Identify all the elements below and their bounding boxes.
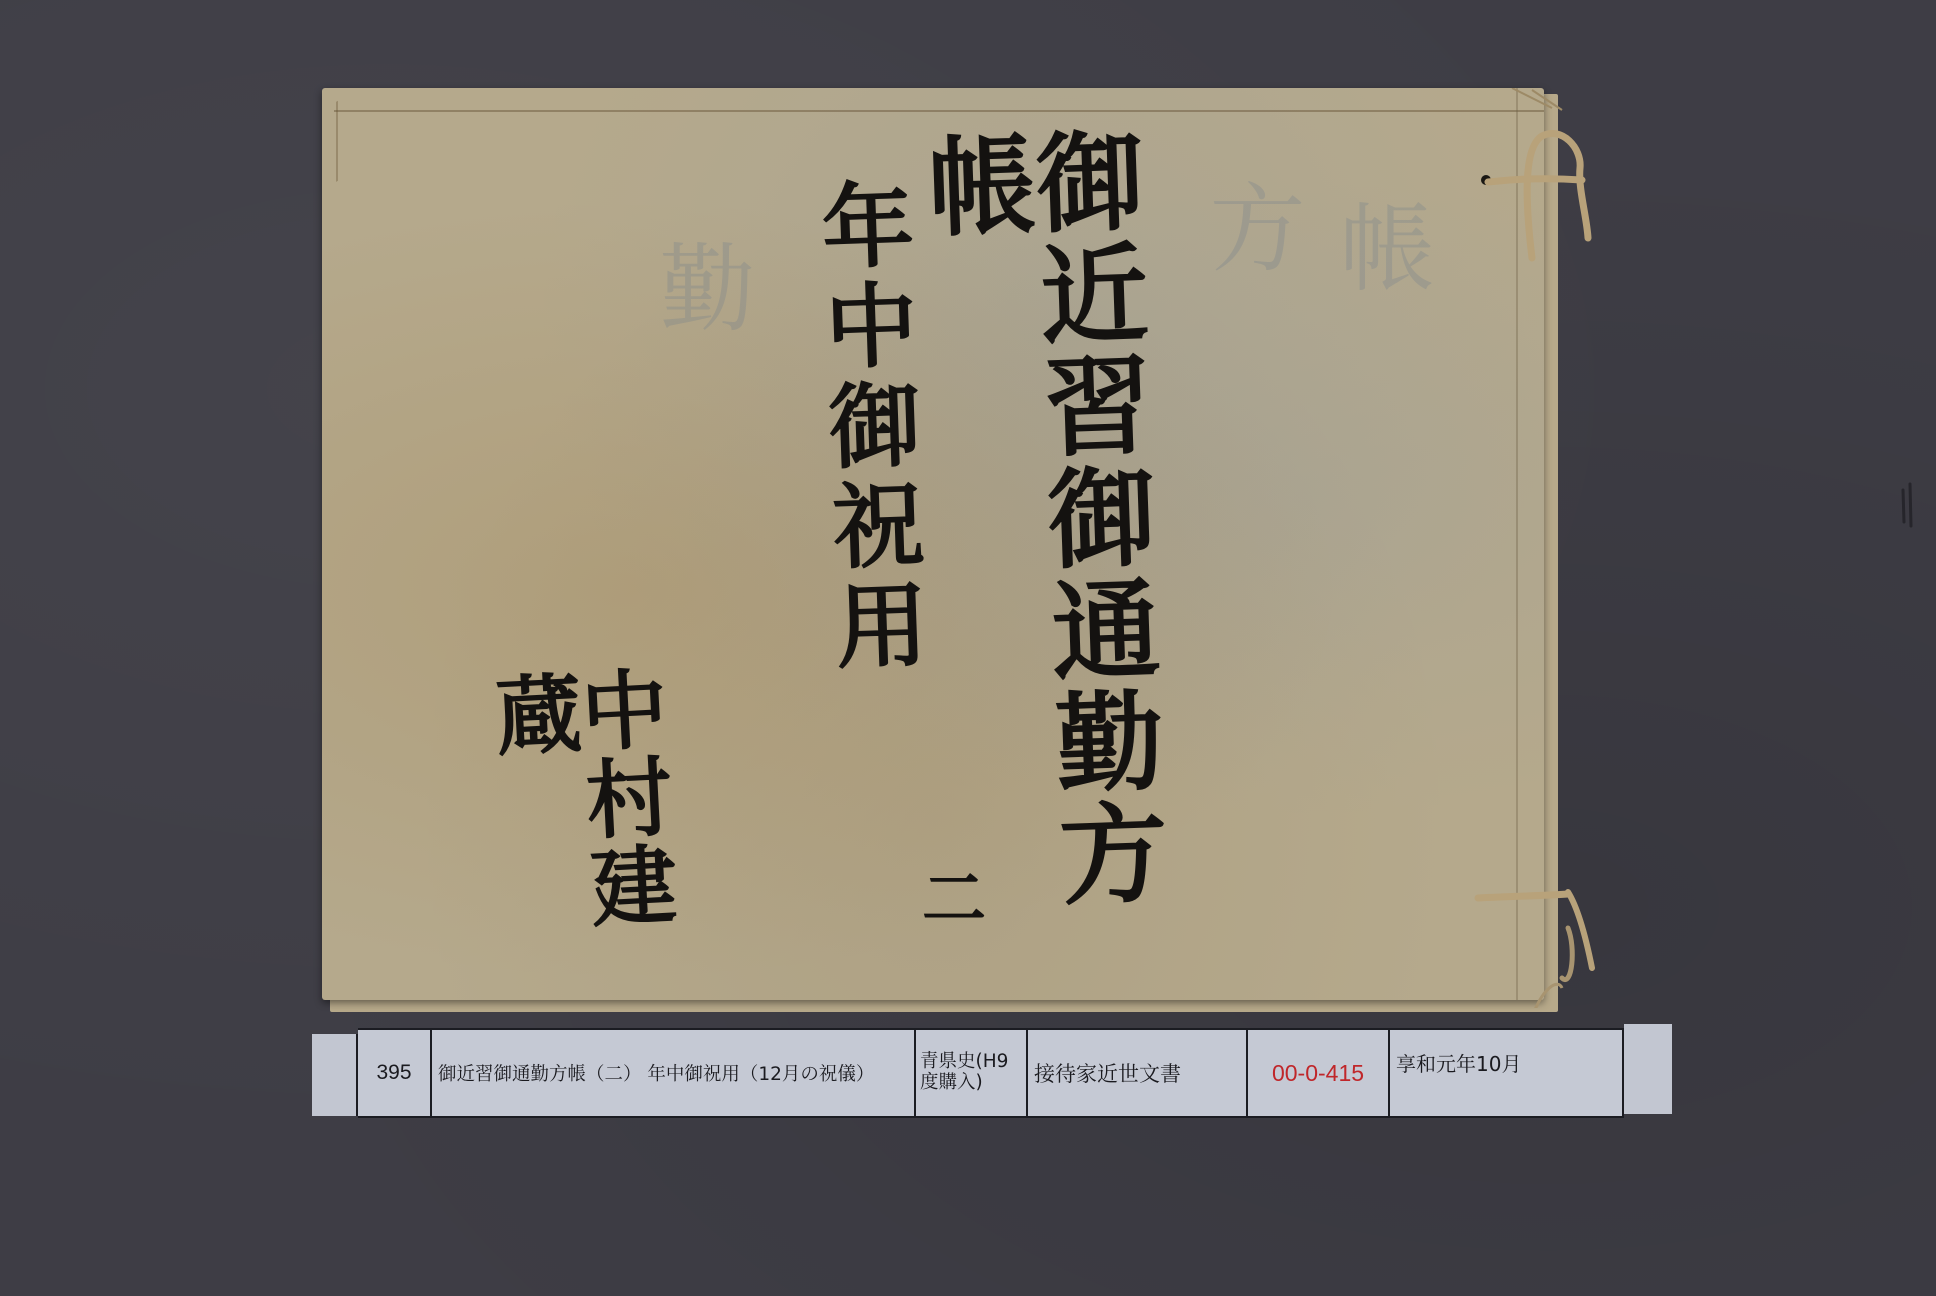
- label-date: 享和元年10月: [1390, 1028, 1624, 1118]
- label-catalog-code: 00-0-415: [1248, 1028, 1390, 1118]
- cover-spine-edge: [1516, 88, 1518, 1000]
- cover-volume-number: 二: [922, 868, 986, 932]
- book-cover: 勤 方 帳 御近習御通勤方帳 年中御祝用 二 中村建蔵: [322, 88, 1544, 1000]
- cover-owner-signature: 中村建蔵: [485, 664, 674, 1005]
- label-blank-cell-left: [312, 1034, 358, 1116]
- cover-top-fold: [334, 88, 1544, 112]
- binding-string-top-icon: [1452, 88, 1592, 288]
- binding-string-bottom-icon: [1462, 788, 1602, 1008]
- label-item-title: 御近習御通勤方帳（二） 年中御祝用（12月の祝儀）: [432, 1028, 916, 1118]
- bleed-through-text: 方: [1202, 178, 1298, 284]
- catalog-label-strip: 395 御近習御通勤方帳（二） 年中御祝用（12月の祝儀） 青県史(H9 度購入…: [312, 1028, 1672, 1118]
- label-item-number: 395: [358, 1028, 432, 1118]
- label-collection-name: 接待家近世文書: [1028, 1028, 1248, 1118]
- bleed-through-text: 帳: [1332, 198, 1428, 304]
- bleed-through-text: 勤: [652, 238, 748, 344]
- cover-title-sub: 年中御祝用: [813, 177, 922, 680]
- label-acquisition-source: 青県史(H9 度購入): [916, 1028, 1028, 1118]
- backdrop-mark-icon: [1900, 480, 1914, 536]
- document-book: 勤 方 帳 御近習御通勤方帳 年中御祝用 二 中村建蔵: [322, 88, 1558, 1012]
- label-blank-cell-right: [1624, 1024, 1672, 1114]
- cover-left-fold: [322, 101, 338, 190]
